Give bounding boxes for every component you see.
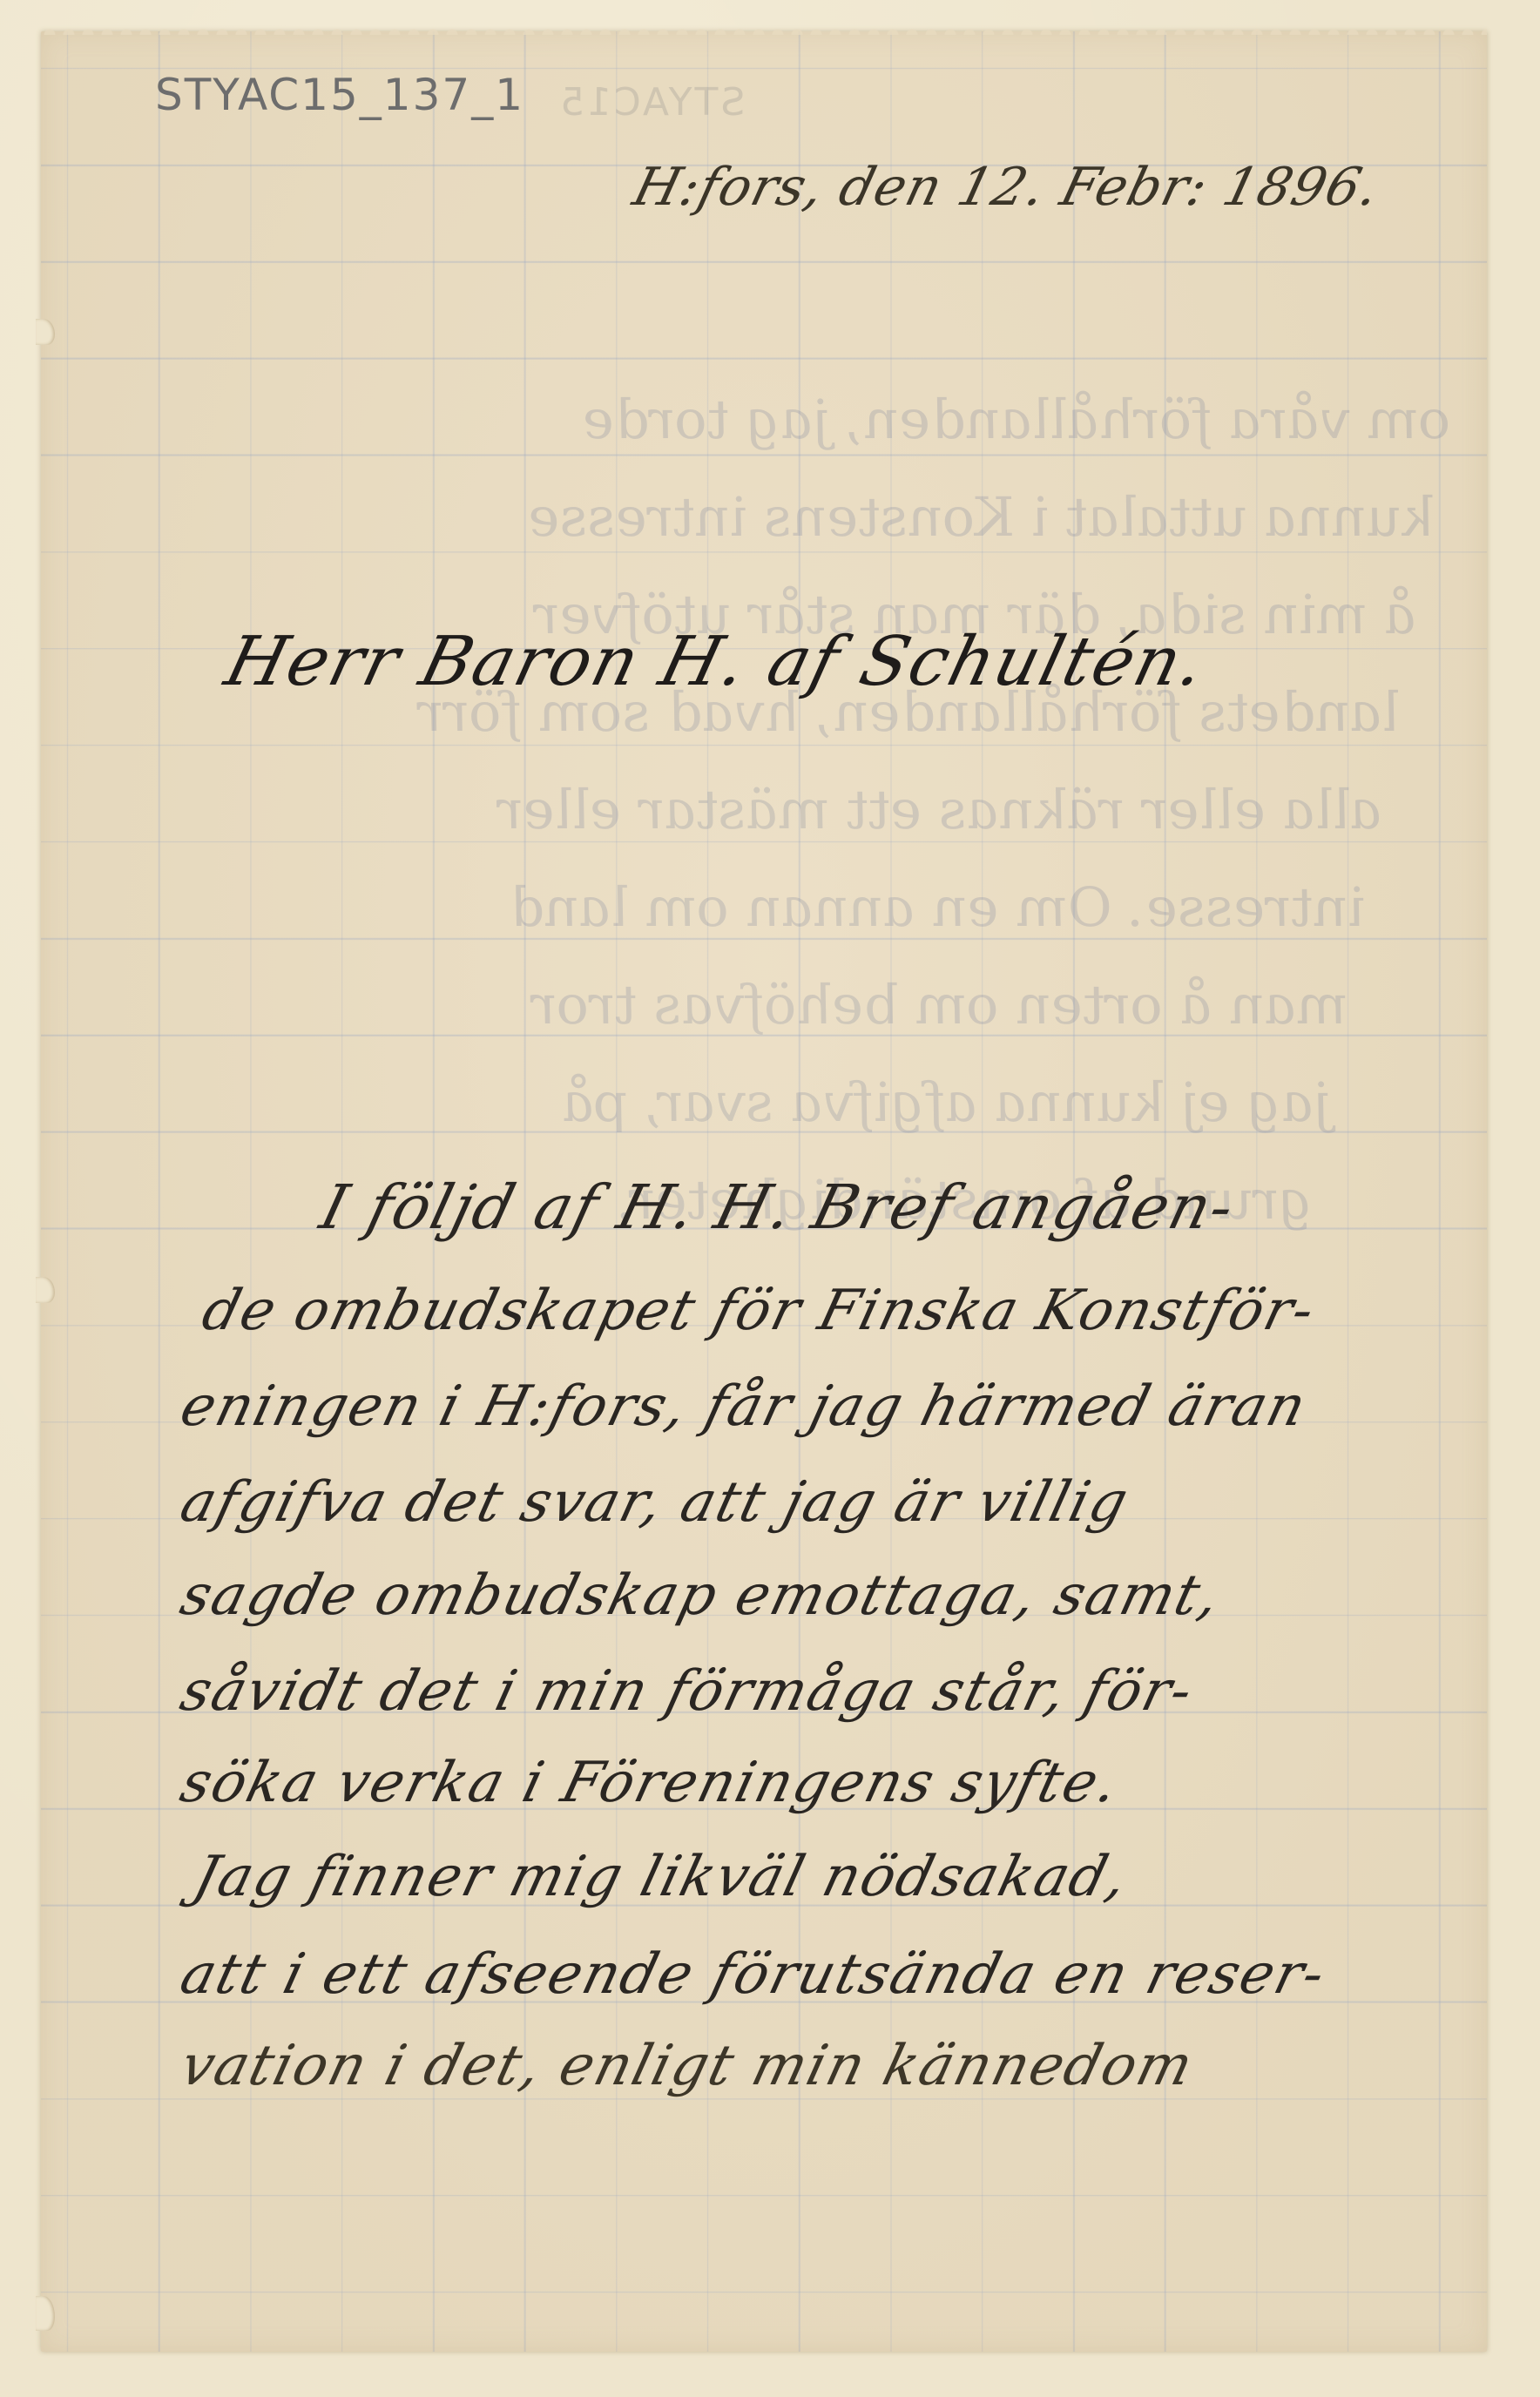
body-line: söka verka i Föreningens syfte. xyxy=(174,1751,1126,1815)
bleed-line: om våra förhållanden, jag torde xyxy=(188,371,1460,469)
archive-id-label: STYAC15_137_1 xyxy=(155,70,524,120)
bleed-line: intresse. Om en annan om land xyxy=(102,859,1374,956)
bleed-line: man å orten om behöfvas tror xyxy=(85,956,1357,1054)
letter-salutation: Herr Baron H. af Schultén. xyxy=(218,623,1214,701)
edge-tear xyxy=(36,2296,55,2331)
body-line: afgifva det svar, att jag är villig xyxy=(174,1470,1136,1535)
bleed-through-text: om våra förhållanden, jag torde kunna ut… xyxy=(51,371,1460,1249)
edge-tear xyxy=(36,1277,55,1303)
bleed-line: jag ej kunna afgifva svar, på xyxy=(68,1054,1340,1151)
body-line: sagde ombudskap emottaga, samt, xyxy=(174,1563,1227,1628)
edge-tear xyxy=(36,319,55,345)
body-line: att i ett afseende förutsända en reser- xyxy=(174,1942,1333,2007)
bleed-line: kunna uttalat i Konstens intresse xyxy=(171,469,1442,566)
body-line: vation i det, enligt min kännedom xyxy=(174,2034,1200,2098)
body-line: de ombudskapet för Finska Konstför- xyxy=(196,1279,1322,1343)
letter-dateline: H:fors, den 12. Febr: 1896. xyxy=(627,157,1386,218)
body-line: såvidt det i min förmåga står, för- xyxy=(174,1659,1200,1724)
body-line: eningen i H:fors, får jag härmed äran xyxy=(174,1374,1314,1439)
bleed-line: alla eller räknas ett mästar eller xyxy=(119,761,1391,859)
body-line: Jag finner mig likväl nödsakad, xyxy=(187,1845,1135,1909)
body-line: I följd af H. H. Bref angåen- xyxy=(314,1171,1243,1243)
mirrored-stamp-show-through: STYAC15 xyxy=(557,80,745,125)
page-top-edge xyxy=(41,28,1487,35)
